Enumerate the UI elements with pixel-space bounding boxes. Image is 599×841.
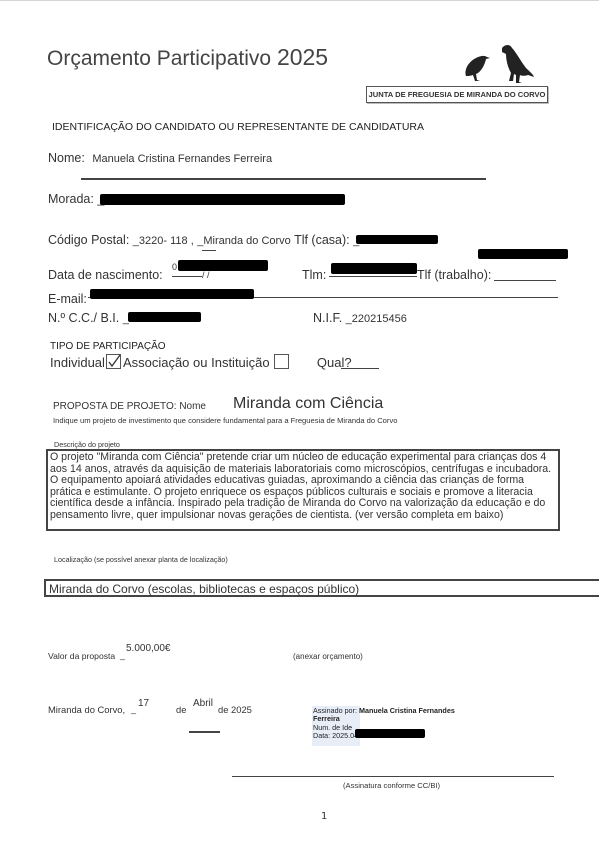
proposal-label: PROPOSTA DE PROJETO: Nome (53, 401, 206, 412)
proposal-hint: Indique um projeto de investimento que c… (53, 416, 397, 425)
signature-month[interactable]: Abril (193, 698, 213, 709)
participation-section-title: TIPO DE PARTICIPAÇÃO (50, 341, 166, 352)
stray-redaction (478, 249, 568, 259)
checkmark-icon (107, 353, 121, 368)
address-redacted (100, 194, 345, 205)
locality-underline (202, 250, 216, 251)
value-label: Valor da proposta (48, 651, 115, 661)
cc-redacted (128, 312, 201, 322)
signature-line (232, 776, 554, 777)
phone-work-underline[interactable] (494, 280, 556, 281)
signature-de2: de 2025 (218, 704, 252, 715)
association-checkbox[interactable] (274, 354, 289, 369)
title-text: Orçamento Participativo (47, 47, 271, 70)
signature-place: Miranda do Corvo, (48, 704, 125, 715)
birthdate-label: Data de nascimento: (48, 268, 163, 282)
cc-field: N.º C.C./ B.I. _ (48, 311, 129, 325)
birthdate-underline (172, 276, 202, 277)
day-prefix: _ (131, 704, 136, 714)
mobile-redacted (331, 263, 417, 274)
address-label: Morada: (48, 192, 94, 206)
nif-value[interactable]: _220215456 (346, 313, 407, 325)
proposal-name[interactable]: Miranda com Ciência (233, 395, 383, 413)
mobile-label: Tlm: (302, 268, 326, 282)
birthdate-field: Data de nascimento: (48, 268, 163, 282)
postal-label: Código Postal: (48, 233, 129, 247)
individual-checkbox[interactable] (106, 354, 121, 369)
page-title: Orçamento Participativo 2025 (47, 44, 328, 71)
phone-work-label: Tlf (trabalho): (417, 268, 491, 282)
month-underline (189, 731, 220, 733)
id-redacted (355, 729, 425, 738)
phone-home-redacted (356, 235, 438, 244)
signature-caption: (Assinatura conforme CC/BI) (343, 781, 440, 790)
cc-label: N.º C.C./ B.I. (48, 311, 119, 325)
page-number: 1 (321, 811, 327, 822)
two-crows-icon (458, 40, 548, 84)
participation-options: IndividualAssociação ou Instituição Qual… (50, 354, 352, 370)
birthdate-separator: / / (202, 270, 210, 280)
email-redacted (90, 289, 254, 299)
signature-day[interactable]: 17 (138, 698, 149, 709)
locality-value[interactable]: _Miranda do Corvo (197, 235, 291, 247)
page-top-border (0, 0, 599, 1)
identification-section-title: IDENTIFICAÇÃO DO CANDIDATO OU REPRESENTA… (52, 121, 424, 133)
individual-label: Individual (50, 355, 105, 370)
phone-home-label: Tlf (casa): (294, 233, 350, 247)
signature-de1: de (176, 704, 186, 715)
location-textbox[interactable]: Miranda do Corvo (escolas, bibliotecas e… (44, 579, 599, 597)
value-amount[interactable]: 5.000,00€ (126, 643, 171, 654)
value-note: (anexar orçamento) (293, 652, 363, 661)
name-field: Nome: Manuela Cristina Fernandes Ferreir… (48, 151, 272, 165)
signed-by-name: Manuela Cristina Fernandes (359, 706, 455, 715)
birthdate-prefix: 0 (172, 262, 177, 272)
title-year: 2025 (277, 44, 328, 70)
which-underline[interactable] (341, 368, 379, 369)
email-label: E-mail: (48, 292, 87, 306)
mobile-underline (329, 276, 417, 277)
value-prefix: _ (120, 650, 125, 660)
address-field: Morada: _ (48, 192, 104, 206)
logo-caption: JUNTA DE FREGUESIA DE MIRANDA DO CORVO (366, 86, 548, 103)
location-label: Localização (se possível anexar planta d… (54, 555, 228, 564)
description-label: Descrição do projeto (54, 440, 120, 449)
description-textbox[interactable]: O projeto "Miranda com Ciência" pretende… (46, 449, 560, 531)
name-label: Nome: (48, 151, 85, 165)
postal-value[interactable]: _3220- 118 , (133, 235, 194, 247)
birthdate-redacted (178, 260, 268, 271)
name-value[interactable]: Manuela Cristina Fernandes Ferreira (92, 153, 272, 165)
nif-field: N.I.F. _220215456 (313, 311, 407, 325)
association-label: Associação ou Instituição (123, 355, 270, 370)
postal-code-field: Código Postal: _3220- 118 , _Miranda do … (48, 233, 359, 247)
nif-label: N.I.F. (313, 311, 342, 325)
name-underline (81, 178, 486, 180)
